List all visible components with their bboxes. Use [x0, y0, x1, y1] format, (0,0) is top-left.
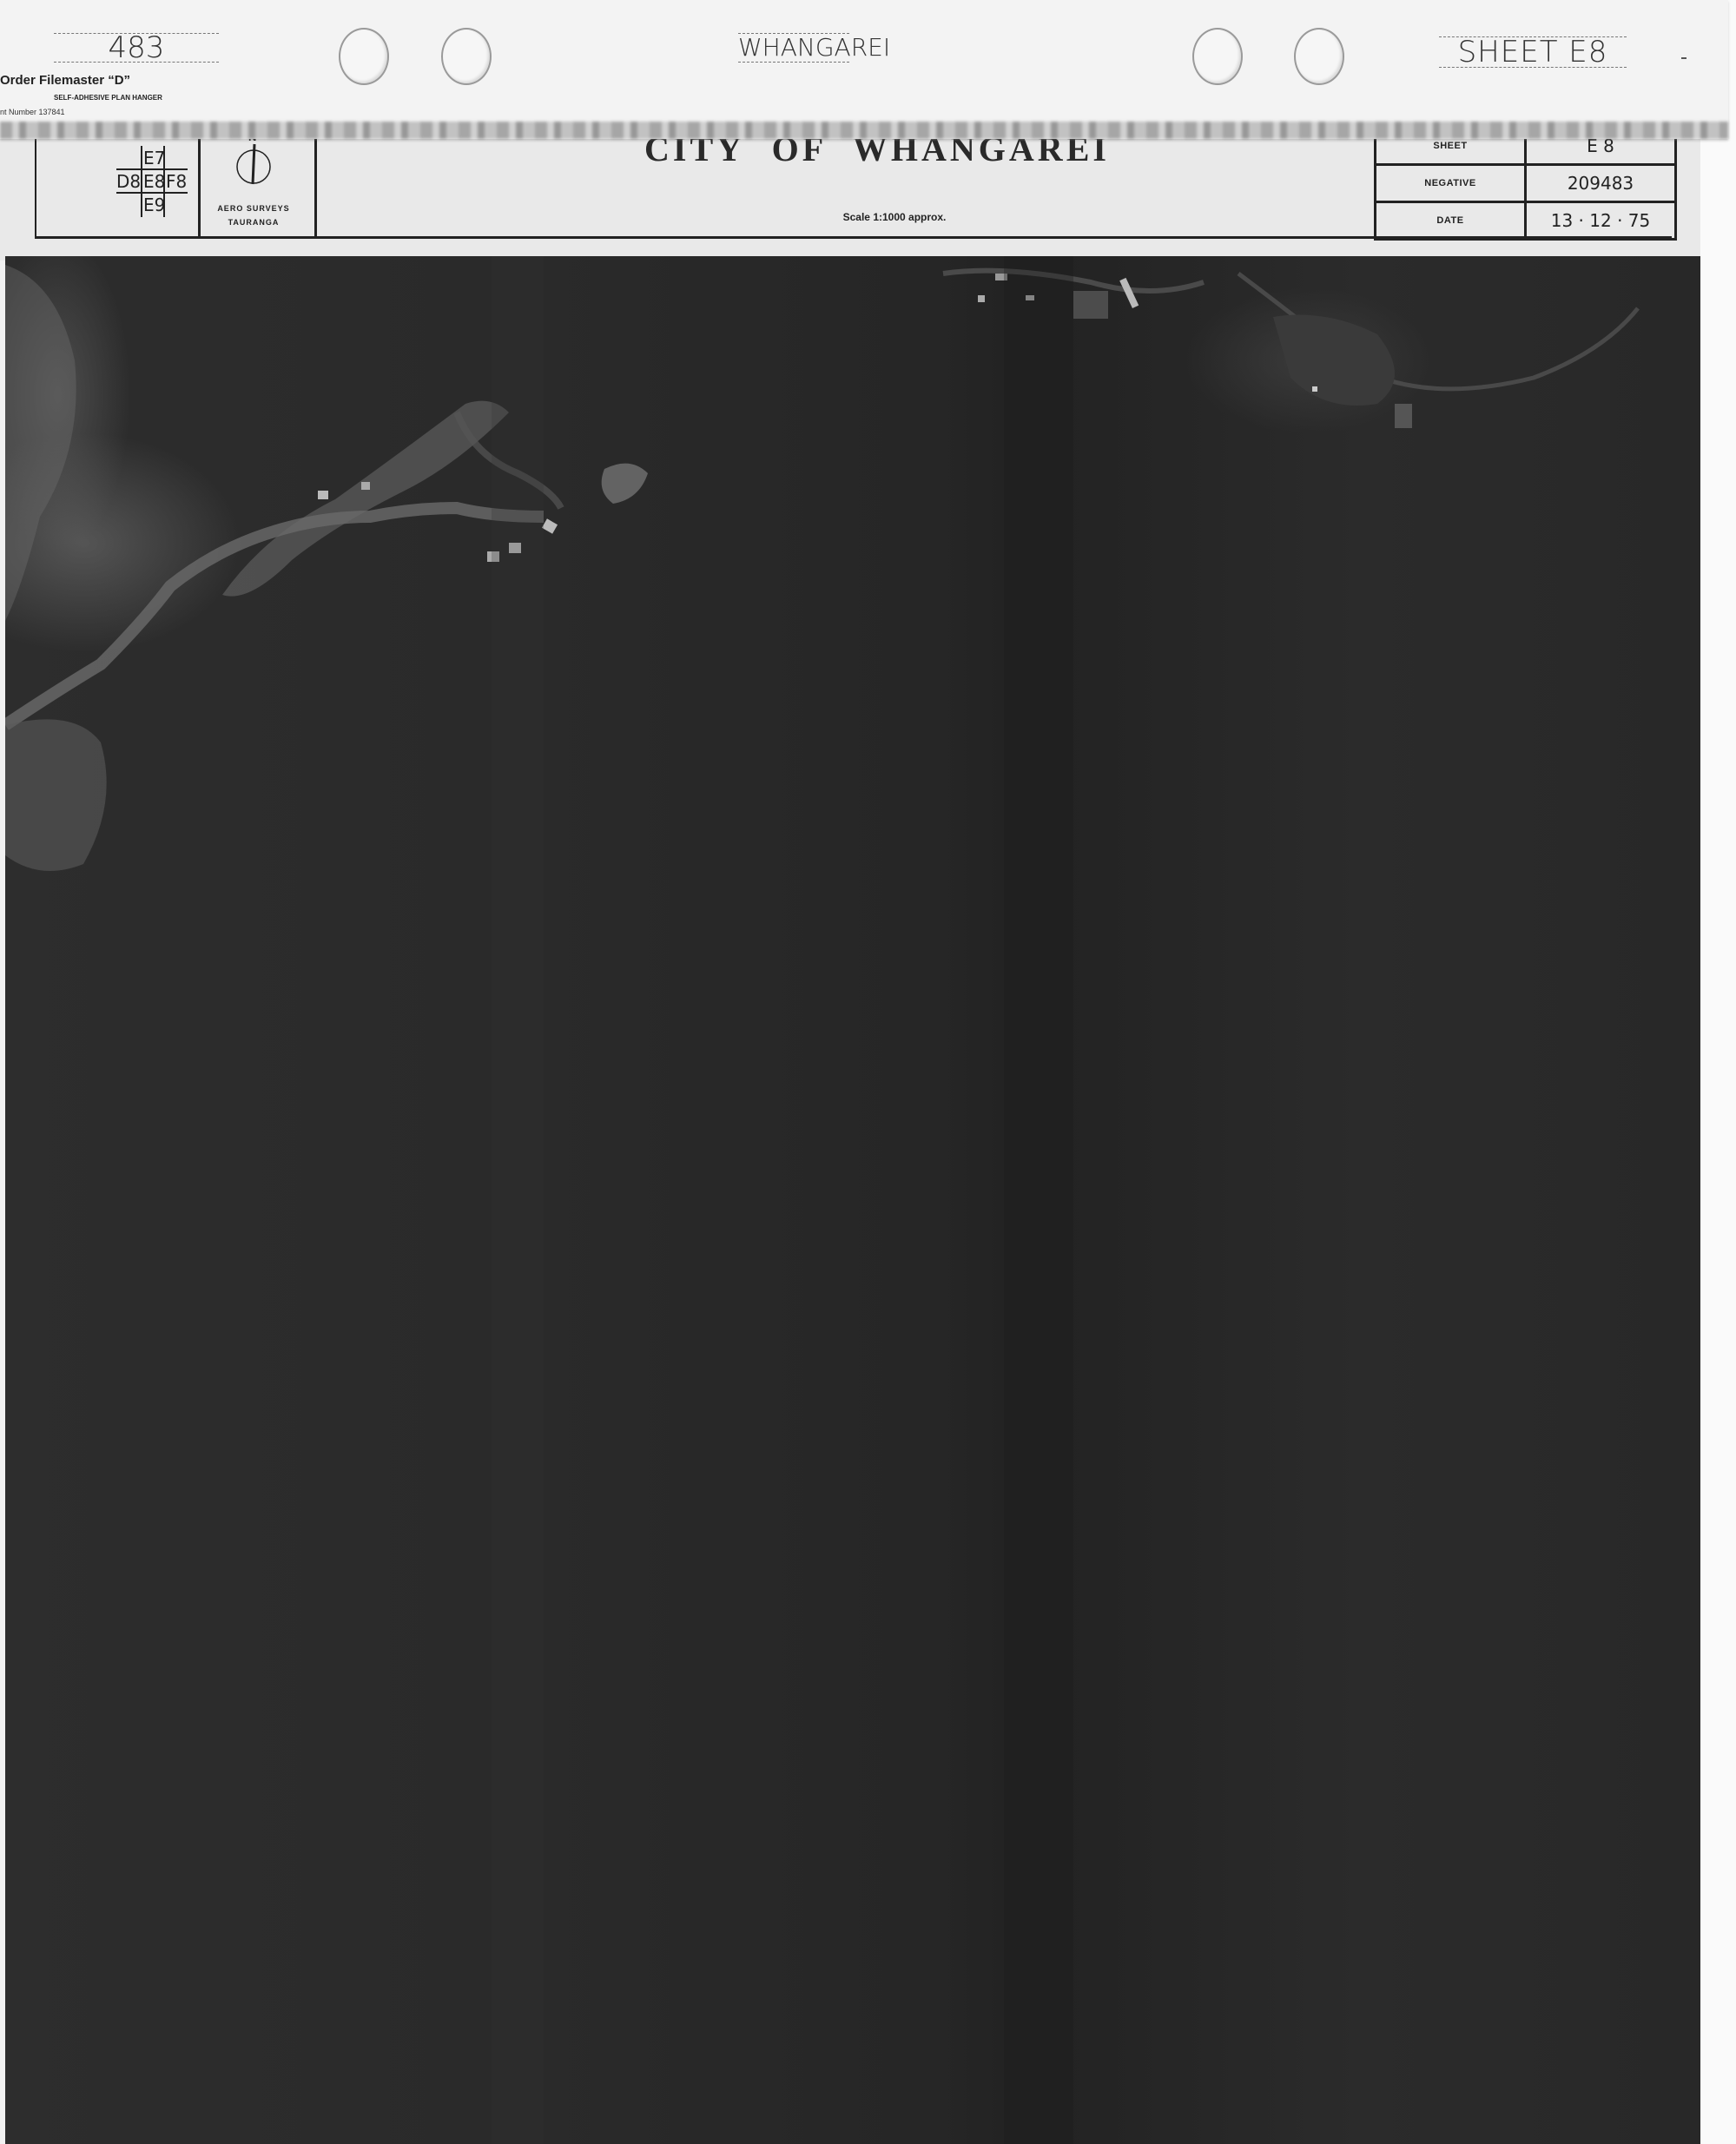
grid-line [116, 168, 188, 170]
photo-features [5, 256, 1700, 2144]
index-north: E7 [143, 148, 165, 168]
punch-hole-icon [1192, 28, 1243, 85]
sheet-info-table: SHEET E 8 NEGATIVE 209483 DATE 13 · 12 ·… [1374, 129, 1677, 241]
aerial-photograph[interactable] [5, 256, 1700, 2144]
sheet-index-grid: E7 D8 E8 F8 E9 [116, 146, 188, 217]
page-margin [1700, 0, 1736, 2144]
surveyor-location: TAURANGA [201, 215, 306, 229]
hanger-town: WHANGAREI [738, 33, 849, 63]
hanger-patent-number: nt Number 137841 [0, 108, 65, 116]
info-label: DATE [1376, 202, 1526, 240]
punch-hole-icon [339, 28, 389, 85]
grid-line [116, 192, 188, 194]
hanger-brand: Order Filemaster “D” [0, 73, 130, 88]
adhesive-edge [0, 122, 1728, 139]
index-south: E9 [143, 195, 165, 215]
map-scale: Scale 1:1000 approx. [764, 211, 1025, 223]
surveyor-credit: AERO SURVEYS TAURANGA [201, 201, 306, 229]
info-label: NEGATIVE [1376, 165, 1526, 202]
index-center: E8 [143, 171, 165, 192]
punch-hole-icon [1294, 28, 1344, 85]
pen-mark [1681, 57, 1686, 59]
index-east: F8 [166, 171, 187, 192]
info-value: 209483 [1526, 165, 1676, 202]
info-row-negative: NEGATIVE 209483 [1376, 165, 1676, 202]
info-row-date: DATE 13 · 12 · 75 [1376, 202, 1676, 240]
hanger-sheet-label: SHEET E8 [1439, 36, 1627, 68]
north-arrow-icon: N [236, 130, 271, 191]
grid-line [141, 146, 142, 217]
surveyor-name: AERO SURVEYS [201, 201, 306, 215]
punch-hole-icon [441, 28, 492, 85]
plan-hanger: 483 WHANGAREI SHEET E8 Order Filemaster … [0, 0, 1728, 139]
hanger-brand-subtitle: SELF-ADHESIVE PLAN HANGER [54, 94, 162, 102]
sheet-index-cell: E7 D8 E8 F8 E9 [35, 130, 200, 236]
info-value: 13 · 12 · 75 [1526, 202, 1676, 240]
index-west: D8 [116, 171, 141, 192]
hanger-number: 483 [54, 33, 219, 63]
